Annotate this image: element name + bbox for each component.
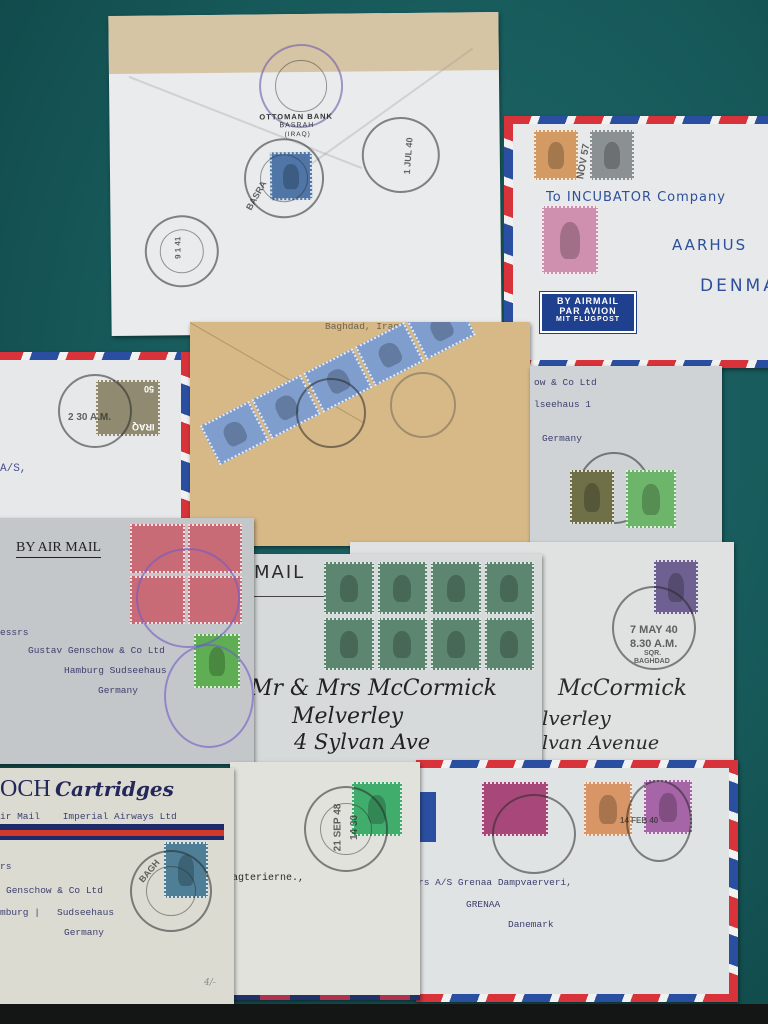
baghdad-postmark-sub: SQR. [644, 650, 661, 657]
cover-genschow-right: ow & Co Ltd lseehaus 1 Germany [530, 366, 722, 546]
cover-brown-back: Baghdad, Iraq. [190, 322, 530, 546]
cover-grenaa: 14 FEB 40 rs A/S Grenaa Dampvaerveri, GR… [416, 760, 738, 1002]
airmail-left-postmark [58, 374, 132, 448]
eloch-postmark [130, 850, 212, 932]
genschow-right-line1: ow & Co Ltd [534, 378, 597, 388]
incubator-address-line3: DENMA [700, 276, 768, 296]
stamp-green-3 [431, 562, 481, 614]
grenaa-postmark-1 [492, 794, 576, 874]
brown-postmark-1 [296, 378, 366, 448]
stamp-orange-king [534, 130, 578, 180]
blue-bar [418, 792, 436, 842]
stamp-pink-king [542, 206, 598, 274]
airmail-border-bottom [230, 995, 420, 1000]
violet-cachet-1 [136, 548, 240, 648]
bagterierne-postmark-date: 21 SEP 48 [332, 804, 343, 852]
stamp-olive-king [570, 470, 614, 524]
eloch-brand-caps: OCH [0, 776, 51, 802]
eloch-line3: Germany [64, 928, 104, 938]
etiquette-line1: BY AIRMAIL [542, 296, 634, 306]
bagterierne-address: agterierne., [232, 874, 304, 884]
violet-cachet-2 [164, 644, 254, 748]
stamp-block-green [324, 562, 534, 670]
by-air-mail-line2: Hamburg Sudseehaus [64, 666, 167, 676]
incubator-address-line2: AARHUS [672, 236, 747, 254]
eloch-line0: rs [0, 862, 11, 872]
grenaa-line2: GRENAA [466, 900, 500, 910]
cover-by-air-mail: BY AIR MAIL essrs Gustav Genschow & Co L… [0, 518, 254, 764]
eloch-pencil-note: 4/- [204, 978, 216, 988]
stamp-orange-king [584, 782, 632, 836]
airmail-left-postmark-time: 2 30 A.M. [68, 412, 111, 423]
grenaa-line1: rs A/S Grenaa Dampvaerveri, [418, 878, 572, 888]
mccormick-right-line1: McCormick [558, 676, 687, 701]
stamp-green-7 [431, 618, 481, 670]
eloch-brand: OCH Cartridges [0, 776, 174, 803]
table-edge [0, 1004, 768, 1024]
mccormick-right-line2: lverley [542, 706, 611, 730]
baghdad-postmark-time: 8.30 A.M. [630, 638, 677, 650]
transit-postmark-date: 9 1 41 [173, 237, 182, 259]
airmail-left-address: A/S, [0, 464, 26, 475]
airmail-border-right [729, 760, 738, 1002]
arrival-postmark [361, 117, 440, 194]
cover-bagterierne: 21 SEP 48 14 30 agterierne., [230, 762, 420, 1000]
baghdad-postmark-date: 7 MAY 40 [630, 624, 678, 636]
cover-mccormick-left: MAIL Mr & Mrs McCormick Melverley 4 Sylv… [246, 554, 542, 764]
mail-underline [246, 596, 324, 597]
genschow-right-line3: Germany [542, 434, 582, 444]
etiquette-line2: PAR AVION [542, 306, 634, 316]
eloch-top-line: ir Mail Imperial Airways Ltd [0, 812, 177, 822]
airmail-border-top [416, 760, 738, 768]
stamp-green-5 [324, 618, 374, 670]
stamp-green-king [626, 470, 676, 528]
stamp-green-2 [378, 562, 428, 614]
eloch-line1: Genschow & Co Ltd [6, 886, 103, 896]
stamp-green-8 [485, 618, 535, 670]
brown-postmark-2 [390, 372, 456, 438]
stamp-value: 50 [144, 384, 154, 394]
sender-bank-city: BASRAH [279, 122, 314, 129]
eloch-stripe-navy-bottom [0, 836, 224, 840]
incubator-address-line1: To INCUBATOR Company [546, 190, 726, 205]
mccormick-left-line3: 4 Sylvan Ave [294, 730, 430, 754]
stamp-green-4 [485, 562, 535, 614]
cover-ottoman-bank: OTTOMAN BANK BASRAH (IRAQ) BASRA 1 JUL 4… [108, 12, 501, 336]
by-air-mail-heading: BY AIR MAIL [16, 540, 101, 558]
eloch-line2: mburg | Sudseehaus [0, 908, 114, 918]
by-air-mail-line3: Germany [98, 686, 138, 696]
airmail-border-right [181, 352, 190, 528]
mccormick-left-heading: MAIL [254, 562, 305, 583]
cover-incubator-company: NOV 57 To INCUBATOR Company AARHUS DENMA… [504, 116, 768, 368]
genschow-right-line2: lseehaus 1 [534, 400, 591, 410]
mccormick-right-line3: lvan Avenue [542, 732, 659, 754]
cover-eloch-cartridges: OCH Cartridges ir Mail Imperial Airways … [0, 768, 234, 1004]
by-air-mail-line0: essrs [0, 628, 29, 638]
stamp-country: IRAQ [132, 422, 155, 432]
etiquette-line3: MIT FLUGPOST [542, 316, 634, 323]
mccormick-left-line2: Melverley [292, 704, 403, 729]
mccormick-left-line1: Mr & Mrs McCormick [250, 676, 497, 701]
airmail-border-top [0, 352, 190, 360]
grenaa-postmark-date: 14 FEB 40 [620, 816, 658, 825]
cover-airmail-left: IRAQ 50 2 30 A.M. A/S, [0, 352, 190, 528]
airmail-border-bottom [416, 994, 738, 1002]
grenaa-line3: Danemark [508, 920, 554, 930]
eloch-brand-script: Cartridges [55, 777, 174, 801]
baghdad-postmark-city: BAGHDAD [634, 658, 670, 665]
stamp-green-6 [378, 618, 428, 670]
bagterierne-postmark-time: 14 30 [349, 815, 360, 840]
sender-bank-name: OTTOMAN BANK [259, 112, 333, 122]
sender-bank-country: (IRAQ) [285, 131, 311, 138]
airmail-etiquette: BY AIRMAIL PAR AVION MIT FLUGPOST [540, 292, 636, 333]
by-air-mail-line1: Gustav Genschow & Co Ltd [28, 646, 165, 656]
stamp-green-1 [324, 562, 374, 614]
stamp-grey-king [590, 130, 634, 180]
airmail-border-top [504, 116, 768, 124]
bagterierne-postmark [304, 786, 388, 872]
